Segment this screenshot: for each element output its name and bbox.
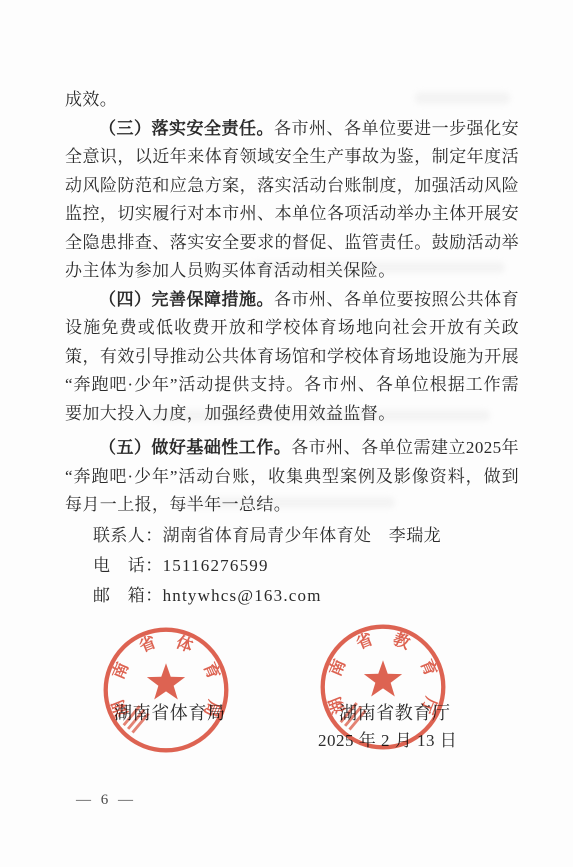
official-seal-sports-bureau: 湖 南 省 体 育 局 <box>99 623 233 757</box>
paragraph-safety-responsibility: （三）落实安全责任。各市州、各单位要进一步强化安全意识，以近年来体育领域安全生产… <box>65 115 519 286</box>
section-body: 各市州、各单位要按照公共体育设施免费或低收费开放和学校体育场地向社会开放有关政策… <box>65 290 519 423</box>
contact-email-row: 邮 箱：hntywhcs@163.com <box>93 581 441 611</box>
seal-graphic: 湖 南 省 教 育 厅 <box>316 620 450 754</box>
section-body: 各市州、各单位要进一步强化安全意识，以近年来体育领域安全生产事故为鉴，制定年度活… <box>65 119 519 281</box>
star-icon <box>147 663 185 699</box>
document-body: 成效。 （三）落实安全责任。各市州、各单位要进一步强化安全意识，以近年来体育领域… <box>65 86 519 520</box>
section-heading: （五）做好基础性工作。 <box>99 438 291 457</box>
section-heading: （三）落实安全责任。 <box>99 119 274 138</box>
contact-person-value: 湖南省体育局青少年体育处 李瑞龙 <box>163 526 441 545</box>
contact-phone-label: 电 话： <box>93 556 163 575</box>
section-heading: （四）完善保障措施。 <box>99 290 274 309</box>
official-seal-education-dept: 湖 南 省 教 育 厅 <box>316 620 450 754</box>
paragraph-basic-work: （五）做好基础性工作。各市州、各单位需建立2025年“奔跑吧·少年”活动台账，收… <box>65 434 519 520</box>
contact-email-label: 邮 箱： <box>93 586 163 605</box>
paragraph-support-measures: （四）完善保障措施。各市州、各单位要按照公共体育设施免费或低收费开放和学校体育场… <box>65 286 519 429</box>
contact-person-row: 联系人：湖南省体育局青少年体育处 李瑞龙 <box>93 521 441 551</box>
contact-person-label: 联系人： <box>93 526 163 545</box>
contact-phone-value: 15116276599 <box>163 556 269 575</box>
seal-graphic: 湖 南 省 体 育 局 <box>99 623 233 757</box>
contact-block: 联系人：湖南省体育局青少年体育处 李瑞龙 电 话：15116276599 邮 箱… <box>93 521 441 611</box>
contact-phone-row: 电 话：15116276599 <box>93 551 441 581</box>
page-number: — 6 — <box>76 792 136 809</box>
star-icon <box>364 660 402 696</box>
paragraph-continuation: 成效。 <box>65 86 519 115</box>
contact-email-value: hntywhcs@163.com <box>163 586 322 605</box>
